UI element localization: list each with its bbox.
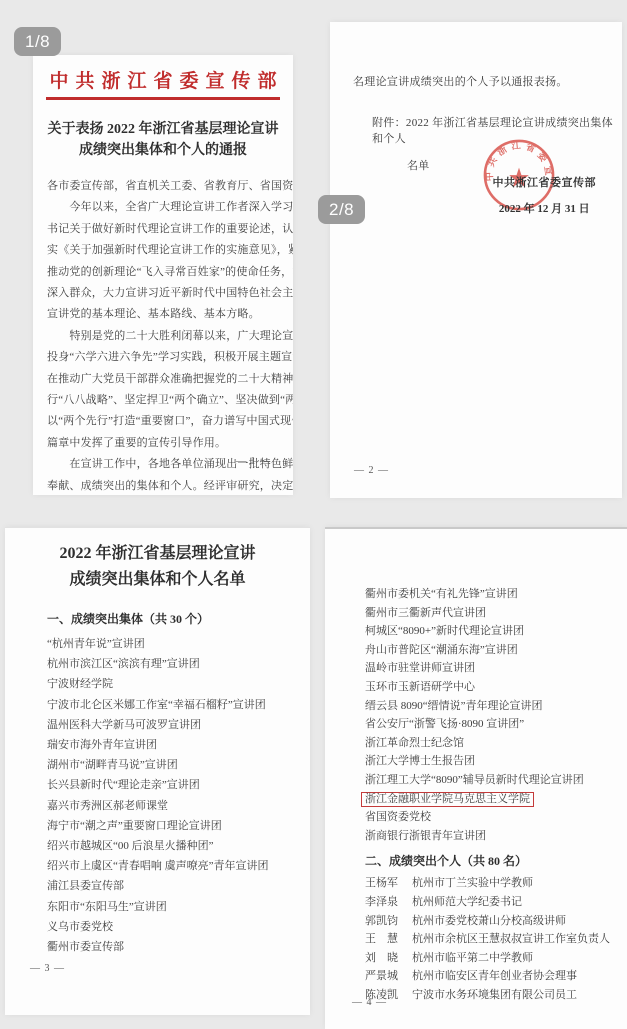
list-item: 绍兴市上虞区“青春唱响 虞声嘹亮”青年宣讲团 — [47, 856, 310, 876]
individual-title: 杭州师范大学纪委书记 — [412, 893, 522, 912]
document-title: 关于表扬 2022 年浙江省基层理论宣讲 成绩突出集体和个人的通报 — [33, 119, 293, 161]
individual-name: 李泽泉 — [365, 893, 402, 912]
individual-title: 杭州市委党校萧山分校高级讲师 — [412, 912, 566, 931]
body-line: 投身“六学六进六争先”学习实践，积极开展主题宣讲活动， — [47, 347, 282, 368]
individual-name: 王 慧 — [365, 930, 402, 949]
body-line: 奉献、成绩突出的集体和个人。经评审研究，决定对“杭州青 — [47, 476, 282, 495]
document-page-3[interactable]: 2022 年浙江省基层理论宣讲 成绩突出集体和个人名单 一、成绩突出集体（共 3… — [5, 527, 310, 1015]
list-item-text: 舟山市普陀区“潮涌东海”宣讲团 — [365, 644, 518, 656]
page-number-2: — 2 — — [354, 465, 389, 476]
individual-row: 王 慧 杭州市余杭区王慧叔叔宣讲工作室负责人 — [365, 930, 627, 949]
document-title-line1: 关于表扬 2022 年浙江省基层理论宣讲 — [33, 119, 293, 140]
body-continuation-line: 名理论宣讲成绩突出的个人予以通报表扬。 — [353, 73, 622, 89]
list-item: “杭州青年说”宣讲团 — [47, 634, 310, 654]
list-item: 义乌市委党校 — [47, 917, 310, 937]
list-item: 湖州市“湖畔青马说”宣讲团 — [47, 755, 310, 775]
document-title-line2: 成绩突出集体和个人的通报 — [33, 140, 293, 161]
collectives-list-part1: “杭州青年说”宣讲团杭州市滨江区“滨滨有理”宣讲团宁波财经学院宁波市北仑区米娜工… — [47, 634, 310, 957]
red-header-rule — [46, 97, 280, 100]
individual-row: 王杨军 杭州市丁兰实验中学教师 — [365, 874, 627, 893]
individual-name: 王杨军 — [365, 874, 402, 893]
list-item: 长兴县新时代“理论走亲”宣讲团 — [47, 775, 310, 795]
list-item: 衢州市委宣传部 — [47, 937, 310, 957]
individual-row: 李泽泉 杭州师范大学纪委书记 — [365, 893, 627, 912]
list-item: 浙江革命烈士纪念馆 — [365, 734, 627, 753]
individual-name: 郭凯钧 — [365, 912, 402, 931]
document-body: 各市委宣传部，省直机关工委、省教育厅、省国资委： 今年以来，全省广大理论宣讲工作… — [47, 176, 282, 495]
list-item: 浙江大学博士生报告团 — [365, 752, 627, 771]
collectives-list-part2: 衢州市委机关“有礼先锋”宣讲团衢州市三衢新声代宣讲团柯城区“8090+”新时代理… — [365, 585, 627, 845]
body-line: 深入群众，大力宣讲习近平新时代中国特色社会主义思想， — [47, 283, 282, 304]
list-item: 海宁市“潮之声”重要窗口理论宣讲团 — [47, 816, 310, 836]
document-page-4[interactable]: 衢州市委机关“有礼先锋”宣讲团衢州市三衢新声代宣讲团柯城区“8090+”新时代理… — [325, 527, 627, 1029]
list-item: 宁波市北仑区米娜工作室“幸福石榴籽”宣讲团 — [47, 695, 310, 715]
page-number-3: — 3 — — [30, 963, 65, 974]
list-item: 绍兴市越城区“00 后浪星火播种团” — [47, 836, 310, 856]
list-item-text: 缙云县 8090“缙情说”青年理论宣讲团 — [365, 700, 543, 712]
list-item: 宁波财经学院 — [47, 674, 310, 694]
list-item-text: 玉环市玉新语研学中心 — [365, 681, 475, 693]
body-line: 宣讲党的基本理论、基本路线、基本方略。 — [47, 304, 282, 325]
individual-title: 宁波市水务环境集团有限公司员工 — [412, 986, 577, 1005]
appendix-title-line1: 2022 年浙江省基层理论宣讲 — [5, 541, 310, 567]
photo-collage: 1/8 2/8 中共浙江省委宣传部 关于表扬 2022 年浙江省基层理论宣讲 成… — [0, 0, 627, 1029]
body-line: 以“两个先行”打造“重要窗口”，奋力谱写中国式现代化浙江 — [47, 411, 282, 432]
body-line: 书记关于做好新时代理论宣讲工作的重要论述，认真贯彻落 — [47, 219, 282, 240]
list-item-text: 温岭市驻堂讲师宣讲团 — [365, 662, 475, 674]
issuing-authority-header: 中共浙江省委宣传部 — [33, 66, 293, 93]
body-line: 推动党的创新理论“飞入寻常百姓家”的使命任务，深入基层、 — [47, 262, 282, 283]
list-item-text: 浙江革命烈士纪念馆 — [365, 737, 464, 749]
list-item-text: 浙江金融职业学院马克思主义学院 — [361, 792, 534, 807]
list-item: 杭州市滨江区“滨滨有理”宣讲团 — [47, 654, 310, 674]
list-item: 省国资委党校 — [365, 808, 627, 827]
document-page-1[interactable]: 中共浙江省委宣传部 关于表扬 2022 年浙江省基层理论宣讲 成绩突出集体和个人… — [33, 55, 293, 495]
list-item-text: 浙江理工大学“8090”辅导员新时代理论宣讲团 — [365, 774, 584, 786]
list-item-text: 衢州市委机关“有礼先锋”宣讲团 — [365, 588, 518, 600]
list-item: 瑞安市海外青年宣讲团 — [47, 735, 310, 755]
list-item: 舟山市普陀区“潮涌东海”宣讲团 — [365, 641, 627, 660]
list-item-text: 浙江大学博士生报告团 — [365, 755, 475, 767]
individual-row: 郭凯钧 杭州市委党校萧山分校高级讲师 — [365, 912, 627, 931]
document-page-2[interactable]: 名理论宣讲成绩突出的个人予以通报表扬。 附件：2022 年浙江省基层理论宣讲成绩… — [330, 22, 622, 498]
page-number-4: — 4 — — [352, 997, 387, 1008]
individual-title: 杭州市临平第二中学教师 — [412, 949, 533, 968]
list-item: 浦江县委宣传部 — [47, 876, 310, 896]
list-item-text: 浙商银行浙银青年宣讲团 — [365, 830, 486, 842]
signer-name: 中共浙江省委宣传部 — [493, 174, 597, 190]
list-item: 浙江金融职业学院马克思主义学院 — [365, 790, 627, 809]
list-item: 玉环市玉新语研学中心 — [365, 678, 627, 697]
list-item-text: 省公安厅“浙警飞扬·8090 宣讲团” — [365, 718, 524, 730]
page-indicator-badge-2: 2/8 — [318, 195, 365, 224]
list-item-text: 衢州市三衢新声代宣讲团 — [365, 607, 486, 619]
appendix-title-line2: 成绩突出集体和个人名单 — [5, 567, 310, 593]
appendix-title: 2022 年浙江省基层理论宣讲 成绩突出集体和个人名单 — [5, 541, 310, 593]
body-line: 行“八八战略”、坚定捍卫“两个确立”、坚决做到“两个维护”， — [47, 390, 282, 411]
list-item: 温岭市驻堂讲师宣讲团 — [365, 659, 627, 678]
list-item: 柯城区“8090+”新时代理论宣讲团 — [365, 622, 627, 641]
body-line: 各市委宣传部，省直机关工委、省教育厅、省国资委： — [47, 176, 282, 197]
individual-name: 刘 晓 — [365, 949, 402, 968]
list-item-text: 柯城区“8090+”新时代理论宣讲团 — [365, 625, 524, 637]
list-item: 省公安厅“浙警飞扬·8090 宣讲团” — [365, 715, 627, 734]
list-item: 东阳市“东阳马生”宣讲团 — [47, 897, 310, 917]
document-date: 2022 年 12 月 31 日 — [493, 200, 597, 216]
section2-heading: 二、成绩突出个人（共 80 名） — [365, 852, 627, 869]
body-line: 实《关于加强新时代理论宣讲工作的实施意见》，紧紧围绕 — [47, 240, 282, 261]
page-indicator-badge-1: 1/8 — [14, 27, 61, 56]
section1-heading: 一、成绩突出集体（共 30 个） — [47, 610, 310, 627]
individual-title: 杭州市丁兰实验中学教师 — [412, 874, 533, 893]
list-item: 温州医科大学新马可波罗宣讲团 — [47, 715, 310, 735]
individual-name: 严景城 — [365, 967, 402, 986]
list-item: 衢州市委机关“有礼先锋”宣讲团 — [365, 585, 627, 604]
list-item-text: 省国资委党校 — [365, 811, 431, 823]
individual-row: 严景城 杭州市临安区青年创业者协会理事 — [365, 967, 627, 986]
individual-title: 杭州市临安区青年创业者协会理事 — [412, 967, 577, 986]
list-item: 缙云县 8090“缙情说”青年理论宣讲团 — [365, 697, 627, 716]
individual-title: 杭州市余杭区王慧叔叔宣讲工作室负责人 — [412, 930, 610, 949]
individuals-list: 王杨军 杭州市丁兰实验中学教师 李泽泉 杭州师范大学纪委书记 郭凯钧 杭州市委党… — [365, 874, 627, 1004]
list-item: 浙江理工大学“8090”辅导员新时代理论宣讲团 — [365, 771, 627, 790]
list-item: 嘉兴市秀洲区郝老师课堂 — [47, 796, 310, 816]
body-line: 特别是党的二十大胜利闭幕以来，广大理论宣讲工作者 — [47, 326, 282, 347]
body-line: 在推动广大党员干部群众准确把握党的二十大精神，忠实践 — [47, 369, 282, 390]
body-line: 今年以来，全省广大理论宣讲工作者深入学习习近平总 — [47, 197, 282, 218]
list-item: 衢州市三衢新声代宣讲团 — [365, 604, 627, 623]
signature-block: 中共浙江省委宣传部 2022 年 12 月 31 日 — [493, 174, 597, 216]
page-number-1: — 1 — — [236, 456, 271, 467]
individual-row: 陈凌凯 宁波市水务环境集团有限公司员工 — [365, 986, 627, 1005]
body-line: 篇章中发挥了重要的宣传引导作用。 — [47, 433, 282, 454]
individual-row: 刘 晓 杭州市临平第二中学教师 — [365, 949, 627, 968]
list-item: 浙商银行浙银青年宣讲团 — [365, 827, 627, 846]
